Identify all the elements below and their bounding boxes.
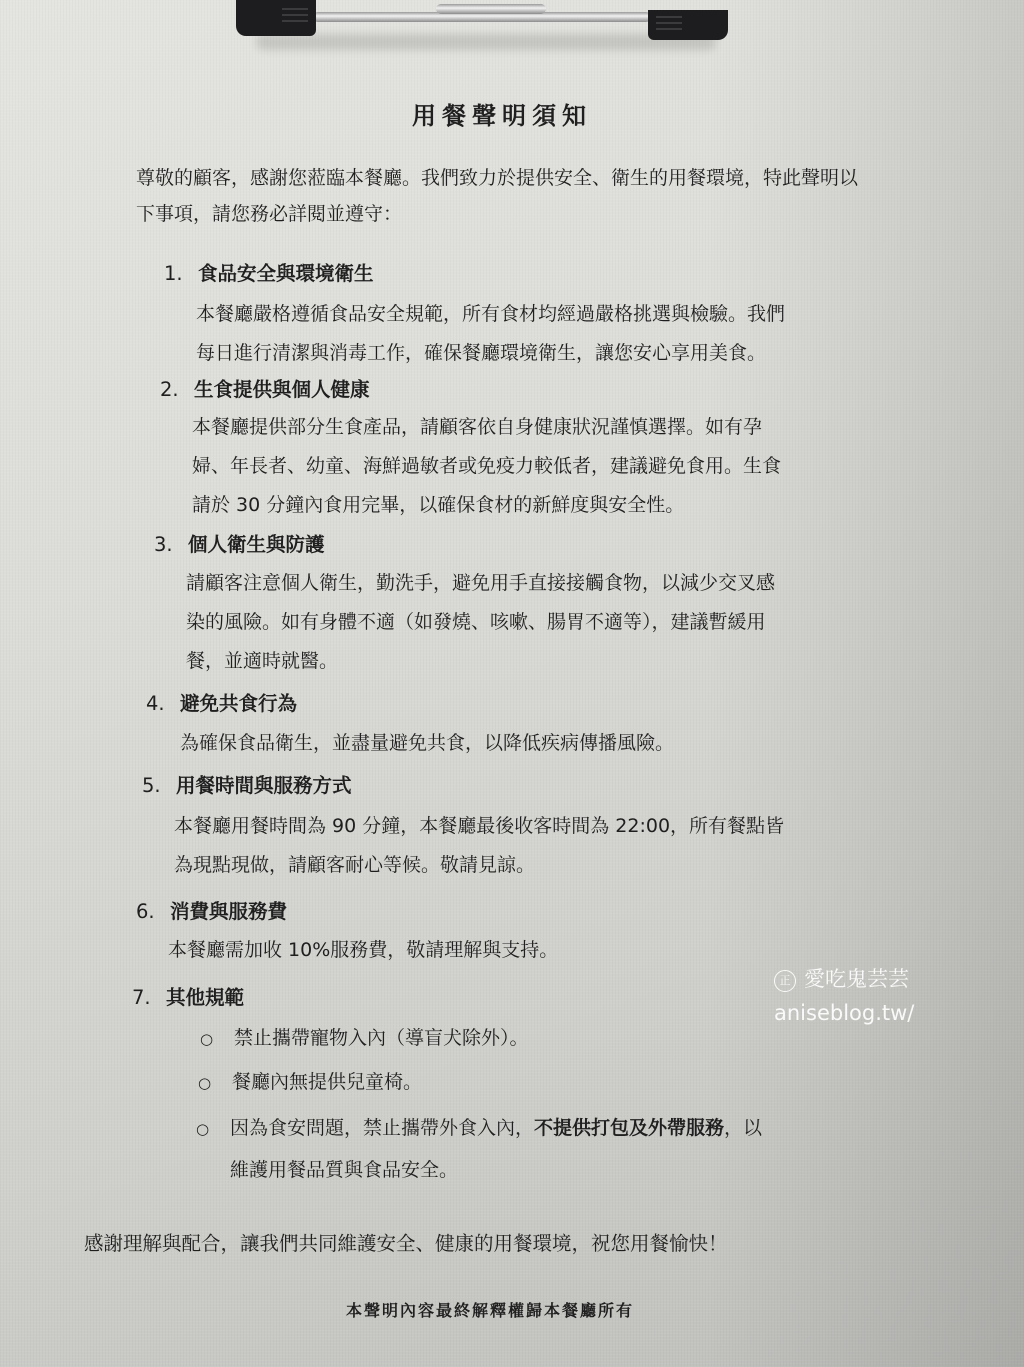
section-title: 避免共食行為 bbox=[180, 692, 297, 715]
section-title: 消費與服務費 bbox=[170, 900, 287, 923]
section-3-body: 請顧客注意個人衛生，勤洗手，避免用手直接接觸食物，以減少交叉感 染的風險。如有身… bbox=[186, 564, 775, 681]
body-line: 本餐廳用餐時間為 90 分鐘，本餐廳最後收客時間為 22:00，所有餐點皆 bbox=[174, 807, 784, 846]
bullet-circle-icon: ○ bbox=[198, 1063, 232, 1103]
section-6-body: 本餐廳需加收 10%服務費，敬請理解與支持。 bbox=[168, 931, 558, 970]
watermark-url: aniseblog.tw/ bbox=[774, 996, 914, 1030]
section-number: 1. bbox=[164, 262, 198, 285]
bullet-text-emphasis: 不提供打包及外帶服務 bbox=[534, 1117, 724, 1139]
body-line: 本餐廳提供部分生食產品，請顧客依自身健康狀況謹慎選擇。如有孕 bbox=[192, 408, 781, 447]
section-title: 其他規範 bbox=[166, 986, 244, 1009]
clip-cap-left bbox=[236, 0, 316, 36]
section-2-body: 本餐廳提供部分生食產品，請顧客依自身健康狀況謹慎選擇。如有孕 婦、年長者、幼童、… bbox=[192, 408, 781, 525]
body-line: 染的風險。如有身體不適（如發燒、咳嗽、腸胃不適等），建議暫緩用 bbox=[186, 603, 775, 642]
watermark-name: 愛吃鬼芸芸 bbox=[804, 967, 909, 991]
body-line: 為現點現做，請顧客耐心等候。敬請見諒。 bbox=[174, 846, 784, 885]
section-number: 2. bbox=[160, 378, 194, 401]
section-number: 3. bbox=[154, 533, 188, 556]
section-3-heading: 3.個人衛生與防護 bbox=[154, 529, 325, 557]
clip-shadow bbox=[256, 34, 716, 50]
body-line: 餐，並適時就醫。 bbox=[186, 642, 775, 681]
closing-statement: 感謝理解與配合，讓我們共同維護安全、健康的用餐環境，祝您用餐愉快！ bbox=[84, 1228, 728, 1256]
intro-paragraph: 尊敬的顧客，感謝您蒞臨本餐廳。我們致力於提供安全、衛生的用餐環境，特此聲明以下事… bbox=[136, 160, 866, 232]
bullet-text: ，以 bbox=[724, 1117, 762, 1139]
footer-disclaimer: 本聲明內容最終解釋權歸本餐廳所有 bbox=[0, 1298, 980, 1321]
section-2-heading: 2.生食提供與個人健康 bbox=[160, 374, 370, 402]
section-1-body: 本餐廳嚴格遵循食品安全規範，所有食材均經過嚴格挑選與檢驗。我們 每日進行清潔與消… bbox=[196, 295, 785, 373]
clip-cap-right bbox=[648, 10, 728, 40]
watermark: 正愛吃鬼芸芸 aniseblog.tw/ bbox=[774, 962, 914, 1030]
section-number: 4. bbox=[146, 692, 180, 715]
bullet-item: ○因為食安問題，禁止攜帶外食入內，不提供打包及外帶服務，以 bbox=[196, 1108, 762, 1149]
body-line: 本餐廳嚴格遵循食品安全規範，所有食材均經過嚴格挑選與檢驗。我們 bbox=[196, 295, 785, 334]
section-number: 5. bbox=[142, 774, 176, 797]
section-title: 個人衛生與防護 bbox=[188, 533, 325, 556]
section-7-heading: 7.其他規範 bbox=[132, 982, 244, 1010]
section-number: 7. bbox=[132, 986, 166, 1009]
body-line: 請於 30 分鐘內食用完畢，以確保食材的新鮮度與安全性。 bbox=[192, 486, 781, 525]
section-5-heading: 5.用餐時間與服務方式 bbox=[142, 770, 352, 798]
bullet-text: 禁止攜帶寵物入內（導盲犬除外）。 bbox=[234, 1027, 529, 1049]
section-5-body: 本餐廳用餐時間為 90 分鐘，本餐廳最後收客時間為 22:00，所有餐點皆 為現… bbox=[174, 807, 784, 885]
bullet-circle-icon: ○ bbox=[196, 1109, 230, 1149]
section-4-body: 為確保食品衛生，並盡量避免共食，以降低疾病傳播風險。 bbox=[180, 724, 674, 763]
body-line: 為確保食品衛生，並盡量避免共食，以降低疾病傳播風險。 bbox=[180, 724, 674, 763]
body-line: 本餐廳需加收 10%服務費，敬請理解與支持。 bbox=[168, 931, 558, 970]
clipboard-clip bbox=[236, 0, 730, 60]
section-1-heading: 1.食品安全與環境衛生 bbox=[164, 258, 374, 286]
section-title: 生食提供與個人健康 bbox=[194, 378, 370, 401]
document-title: 用餐聲明須知 bbox=[0, 96, 1004, 131]
body-line: 婦、年長者、幼童、海鮮過敏者或免疫力較低者，建議避免食用。生食 bbox=[192, 447, 781, 486]
section-number: 6. bbox=[136, 900, 170, 923]
section-6-heading: 6.消費與服務費 bbox=[136, 896, 287, 924]
body-line: 每日進行清潔與消毒工作，確保餐廳環境衛生，讓您安心享用美食。 bbox=[196, 334, 785, 373]
section-title: 用餐時間與服務方式 bbox=[176, 774, 352, 797]
bullet-continuation: 維護用餐品質與食品安全。 bbox=[230, 1150, 458, 1190]
bullet-item: ○餐廳內無提供兒童椅。 bbox=[198, 1062, 422, 1103]
section-4-heading: 4.避免共食行為 bbox=[146, 688, 297, 716]
bullet-text: 餐廳內無提供兒童椅。 bbox=[232, 1071, 422, 1093]
body-line: 請顧客注意個人衛生，勤洗手，避免用手直接接觸食物，以減少交叉感 bbox=[186, 564, 775, 603]
section-title: 食品安全與環境衛生 bbox=[198, 262, 374, 285]
clip-rod-bend bbox=[436, 4, 546, 14]
bullet-text: 因為食安問題，禁止攜帶外食入內， bbox=[230, 1117, 534, 1139]
bullet-circle-icon: ○ bbox=[200, 1019, 234, 1059]
bullet-item: ○禁止攜帶寵物入內（導盲犬除外）。 bbox=[200, 1018, 529, 1059]
registered-mark-icon: 正 bbox=[774, 970, 796, 992]
